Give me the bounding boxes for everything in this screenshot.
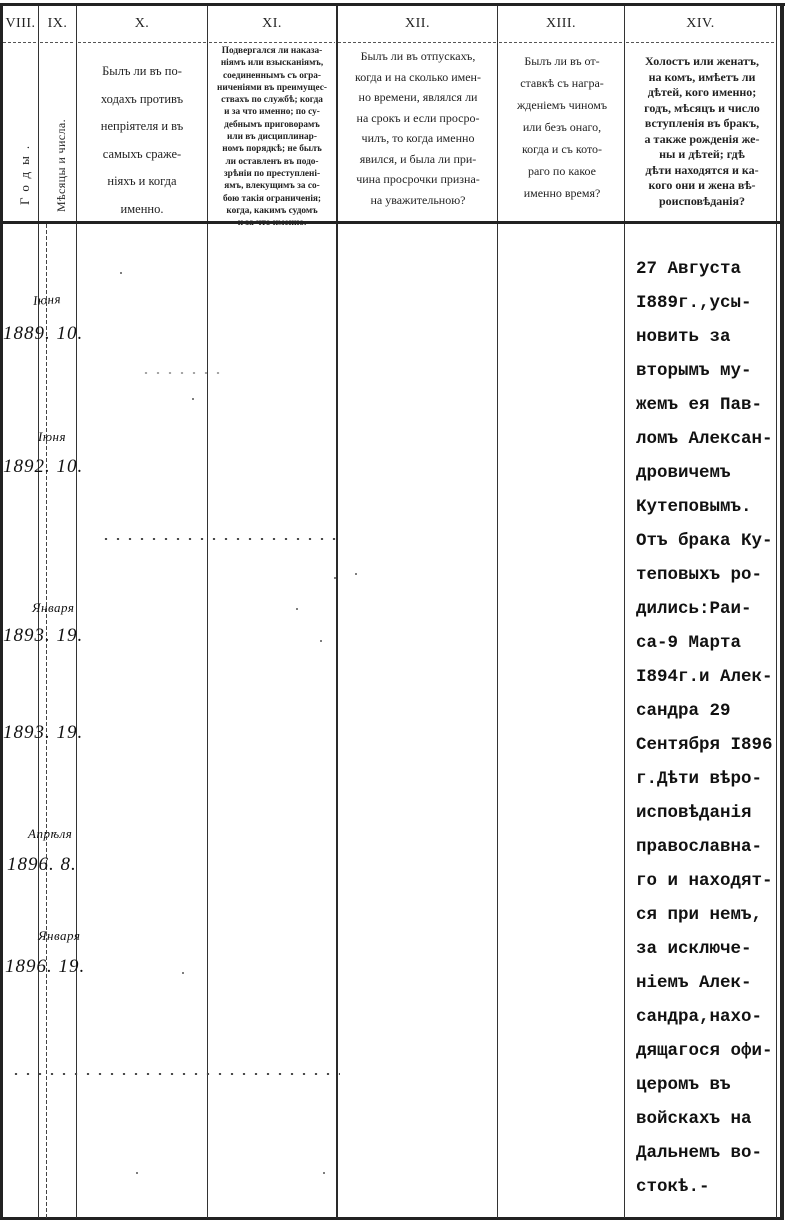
handwritten-date: 1896. 8. xyxy=(7,854,77,876)
text-line: православна- xyxy=(636,830,786,864)
frame-bottom-border xyxy=(0,1217,784,1220)
text-line: I889г.,усы- xyxy=(636,286,786,320)
text-line: сандра,нахо- xyxy=(636,1000,786,1034)
column-header-months-days: Мѣсяцы и числа. xyxy=(54,119,69,212)
text-line: Былъ ли въ по- xyxy=(78,58,206,86)
column-number-viii: VIII. xyxy=(3,8,38,40)
column-header-retirement: Былъ ли въ от-ставкѣ съ награ-жденіемъ ч… xyxy=(502,50,622,204)
dotted-leader xyxy=(10,1073,340,1075)
text-line: на срокъ и если просро- xyxy=(340,108,496,129)
divider-x-xi xyxy=(207,6,208,1218)
frame-top-border xyxy=(3,3,785,6)
subheader-line xyxy=(338,42,496,43)
text-line: го и находят- xyxy=(636,864,786,898)
text-line: 27 Августа xyxy=(636,252,786,286)
dotted-leader xyxy=(100,538,340,540)
handwritten-month: Января xyxy=(32,600,74,616)
ink-speck xyxy=(334,577,336,579)
dotted-leader xyxy=(140,372,220,374)
handwritten-date: 1892. 10. xyxy=(3,456,83,478)
divider-xi-xii xyxy=(336,6,338,1218)
text-line: или въ дисциплинар- xyxy=(209,131,335,143)
ink-speck xyxy=(192,398,194,400)
text-line: самыхъ сраже- xyxy=(78,141,206,169)
text-line: и за что именно; по су- xyxy=(209,106,335,118)
text-line: ниченіями въ преимущес- xyxy=(209,82,335,94)
text-line: бою такія ограниченія; xyxy=(209,193,335,205)
handwritten-date: 1893. 19. xyxy=(3,625,83,647)
handwritten-date: 1893. 19. xyxy=(3,722,83,744)
text-line: раго по какое xyxy=(502,160,622,182)
ink-speck xyxy=(323,1172,325,1174)
text-line: зрѣніи по преступлені- xyxy=(209,168,335,180)
text-line: чина просрочки призна- xyxy=(340,169,496,190)
text-line: ніяхъ и когда xyxy=(78,168,206,196)
text-line: са-9 Марта xyxy=(636,626,786,660)
subheader-line xyxy=(3,42,38,43)
subheader-line xyxy=(626,42,776,43)
text-line: номъ порядкѣ; не былъ xyxy=(209,143,335,155)
frame-left-border xyxy=(0,3,3,1219)
text-line: вступленія въ бракъ, xyxy=(628,116,776,132)
text-line: или безъ онаго, xyxy=(502,116,622,138)
text-line: дящагося офи- xyxy=(636,1034,786,1068)
text-line: ломъ Алексан- xyxy=(636,422,786,456)
text-line: Былъ ли въ отпускахъ, xyxy=(340,46,496,67)
text-line: вторымъ му- xyxy=(636,354,786,388)
text-line: непріятеля и въ xyxy=(78,113,206,141)
text-line: ходахъ противъ xyxy=(78,86,206,114)
text-line: стокѣ.- xyxy=(636,1170,786,1204)
text-line: церомъ въ xyxy=(636,1068,786,1102)
text-line: соединеннымъ съ огра- xyxy=(209,70,335,82)
text-line: войскахъ на xyxy=(636,1102,786,1136)
text-line: годъ, мѣсяцъ и число xyxy=(628,101,776,117)
text-line: Былъ ли въ от- xyxy=(502,50,622,72)
text-line: и за что именно. xyxy=(209,217,335,229)
text-line: ніемъ Алек- xyxy=(636,966,786,1000)
document-page: VIII. IX. X. XI. XII. XIII. XIV. Годы. М… xyxy=(0,0,790,1222)
column-number-x: X. xyxy=(77,8,207,40)
handwritten-date: 1896. 19. xyxy=(5,956,85,978)
column-number-xii: XII. xyxy=(338,8,497,40)
text-line: новить за xyxy=(636,320,786,354)
column-header-marital-status: Холостъ или женатъ,на комъ, имѣетъ лидѣт… xyxy=(628,54,776,209)
text-line: именно время? xyxy=(502,182,622,204)
divider-ix-x xyxy=(76,6,77,1218)
text-line: жемъ ея Пав- xyxy=(636,388,786,422)
ink-speck xyxy=(136,1172,138,1174)
text-line: сандра 29 xyxy=(636,694,786,728)
text-line: ся при немъ, xyxy=(636,898,786,932)
text-line: когда и съ кото- xyxy=(502,138,622,160)
text-line: дѣти находятся и ка- xyxy=(628,163,776,179)
text-line: кого они и жена вѣ- xyxy=(628,178,776,194)
column-header-leaves: Былъ ли въ отпускахъ,когда и на сколько … xyxy=(340,46,496,210)
text-line: г.Дѣти вѣро- xyxy=(636,762,786,796)
divider-dashed-ix xyxy=(46,224,47,1218)
text-line: I894г.и Алек- xyxy=(636,660,786,694)
column-header-campaigns: Былъ ли въ по-ходахъ противънепріятеля и… xyxy=(78,58,206,223)
text-line: ставкѣ съ награ- xyxy=(502,72,622,94)
text-line: дѣтей, кого именно; xyxy=(628,85,776,101)
text-line: Холостъ или женатъ, xyxy=(628,54,776,70)
text-line: Отъ брака Ку- xyxy=(636,524,786,558)
text-line: дровичемъ xyxy=(636,456,786,490)
ink-speck xyxy=(182,972,184,974)
ink-speck xyxy=(320,640,322,642)
typed-marital-entry: 27 АвгустаI889г.,усы-новить завторымъ му… xyxy=(636,252,786,1204)
subheader-line xyxy=(40,42,75,43)
text-line: но времени, являлся ли xyxy=(340,87,496,108)
text-line: ствахъ по службѣ; когда xyxy=(209,94,335,106)
text-line: Дальнемъ во- xyxy=(636,1136,786,1170)
ink-speck xyxy=(355,573,357,575)
text-line: теповыхъ ро- xyxy=(636,558,786,592)
text-line: на комъ, имѣетъ ли xyxy=(628,70,776,86)
column-header-years: Годы. xyxy=(17,139,33,205)
column-number-ix: IX. xyxy=(39,8,76,40)
column-header-punishments: Подвергался ли наказа-ніямъ или взыскані… xyxy=(209,45,335,229)
subheader-line xyxy=(78,42,206,43)
subheader-line xyxy=(499,42,623,43)
text-line: дились:Раи- xyxy=(636,592,786,626)
handwritten-month: Апрѣля xyxy=(28,826,72,842)
text-line: Кутеповымъ. xyxy=(636,490,786,524)
text-line: именно. xyxy=(78,196,206,224)
handwritten-date: 1889. 10. xyxy=(3,323,83,345)
handwritten-month: Іюня xyxy=(38,429,66,445)
subheader-line xyxy=(209,42,335,43)
text-line: ли оставленъ въ подо- xyxy=(209,156,335,168)
text-line: жденіемъ чиномъ xyxy=(502,94,622,116)
text-line: ніямъ или взысканіямъ, xyxy=(209,57,335,69)
text-line: а также рожденія же- xyxy=(628,132,776,148)
ink-speck xyxy=(296,608,298,610)
text-line: дебнымъ приговорамъ xyxy=(209,119,335,131)
column-number-xiv: XIV. xyxy=(625,8,776,40)
text-line: роисповѣданія? xyxy=(628,194,776,210)
text-line: ямъ, влекущимъ за со- xyxy=(209,180,335,192)
text-line: на уважительною? xyxy=(340,190,496,211)
column-number-xi: XI. xyxy=(208,8,336,40)
text-line: за исключе- xyxy=(636,932,786,966)
text-line: Подвергался ли наказа- xyxy=(209,45,335,57)
text-line: Сентября I896 xyxy=(636,728,786,762)
text-line: ны и дѣтей; гдѣ xyxy=(628,147,776,163)
text-line: когда и на сколько имен- xyxy=(340,67,496,88)
text-line: чилъ, то когда именно xyxy=(340,128,496,149)
text-line: явился, и была ли при- xyxy=(340,149,496,170)
column-number-xiii: XIII. xyxy=(498,8,624,40)
divider-xii-xiii xyxy=(497,6,498,1218)
ink-speck xyxy=(120,272,122,274)
handwritten-month: Іюня xyxy=(32,291,61,309)
divider-xiii-xiv xyxy=(624,6,625,1218)
text-line: исповѣданія xyxy=(636,796,786,830)
handwritten-month: Января xyxy=(38,928,80,944)
text-line: когда, какимъ судомъ xyxy=(209,205,335,217)
